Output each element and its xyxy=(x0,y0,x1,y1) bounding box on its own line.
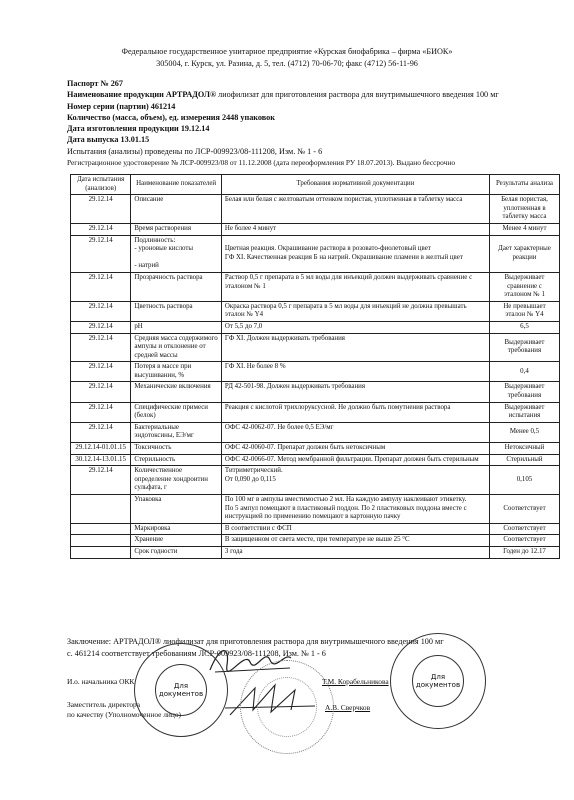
cell-requirement: В защищенном от света месте, при темпера… xyxy=(221,535,489,547)
quality-service-stamp-right: Для документов xyxy=(390,633,486,729)
cell-requirement: В соответствии с ФСП xyxy=(221,523,489,535)
company-address: 305004, г. Курск, ул. Разина, д. 5, тел.… xyxy=(0,58,574,70)
cell-result: Нетоксичный xyxy=(489,443,559,455)
col-header-date: Дата испытания (анализов) xyxy=(71,175,131,195)
table-row: 30.12.14-13.01.15СтерильностьОФС 42-0066… xyxy=(71,454,560,466)
quality-service-stamp-left: Для документов xyxy=(134,643,228,737)
registration-info: Регистрационное удостоверение № ЛСР-0099… xyxy=(67,157,499,168)
cell-indicator: Хранение xyxy=(131,535,222,547)
okk-signature-title: И.о. начальника ОКК xyxy=(67,677,134,687)
cell-indicator: Описание xyxy=(131,195,222,224)
cell-indicator: Время растворения xyxy=(131,223,222,235)
okk-signature-name: Т.М. Корабельникова xyxy=(322,677,389,687)
table-row: 29.12.14Специфические примеси (белок)Реа… xyxy=(71,402,560,422)
cell-result: Соответствует xyxy=(489,535,559,547)
cell-result: Дает характерные реакции xyxy=(489,235,559,272)
cell-date: 29.12.14 xyxy=(71,466,131,495)
cell-result: Менее 0,5 xyxy=(489,422,559,442)
table-row: 29.12.14Количественное определение хондр… xyxy=(71,466,560,495)
document-page: Федеральное государственное унитарное пр… xyxy=(0,0,574,800)
table-row: 29.12.14pHОт 5,5 до 7,06,5 xyxy=(71,321,560,333)
letterhead: Федеральное государственное унитарное пр… xyxy=(0,46,574,70)
cell-result: Менее 4 минут xyxy=(489,223,559,235)
table-row: 29.12.14Механические включенияРД 42-501-… xyxy=(71,382,560,402)
cell-date xyxy=(71,546,131,558)
table-row: ХранениеВ защищенном от света месте, при… xyxy=(71,535,560,547)
cell-date: 29.12.14 xyxy=(71,272,131,301)
cell-result: Не превышает эталон № Y4 xyxy=(489,301,559,321)
cell-requirement: Не более 4 минут xyxy=(221,223,489,235)
release-date: Дата выпуска 13.01.15 xyxy=(67,135,149,144)
cell-indicator: Маркировка xyxy=(131,523,222,535)
cell-date: 29.12.14 xyxy=(71,362,131,382)
cell-requirement: ОФС 42-0062-07. Не более 0,5 ЕЭ/мг xyxy=(221,422,489,442)
product-name: АРТРАДОЛ® xyxy=(166,90,216,99)
passport-meta: Паспорт № 267 Наименование продукции АРТ… xyxy=(67,78,499,168)
product-line: Наименование продукции АРТРАДОЛ® лиофили… xyxy=(67,89,499,100)
cell-indicator: Потеря в массе при высушивании, % xyxy=(131,362,222,382)
cell-date: 29.12.14 xyxy=(71,382,131,402)
cell-indicator: pH xyxy=(131,321,222,333)
table-row: 29.12.14Время растворенияНе более 4 мину… xyxy=(71,223,560,235)
table-row: МаркировкаВ соответствии с ФСПСоответств… xyxy=(71,523,560,535)
cell-date xyxy=(71,535,131,547)
cell-result: 0,105 xyxy=(489,466,559,495)
cell-result: Выдерживает требования xyxy=(489,382,559,402)
cell-result: Соответствует xyxy=(489,495,559,524)
table-row: 29.12.14Цветность раствораОкраска раство… xyxy=(71,301,560,321)
table-row: 29.12.14ОписаниеБелая или белая с желтов… xyxy=(71,195,560,224)
cell-requirement: От 5,5 до 7,0 xyxy=(221,321,489,333)
cell-indicator: Количественное определение хондроитин су… xyxy=(131,466,222,495)
table-header-row: Дата испытания (анализов) Наименование п… xyxy=(71,175,560,195)
table-row: 29.12.14Средняя масса содержимого ампулы… xyxy=(71,333,560,362)
cell-date: 29.12.14 xyxy=(71,301,131,321)
cell-indicator: Специфические примеси (белок) xyxy=(131,402,222,422)
cell-requirement: Цветная реакция. Окрашивание раствора в … xyxy=(221,235,489,272)
cell-requirement: Титриметрический. От 0,090 до 0,115 xyxy=(221,466,489,495)
cell-result: Годен до 12.17 xyxy=(489,546,559,558)
cell-date xyxy=(71,495,131,524)
cell-result: Выдерживает требования xyxy=(489,333,559,362)
table-row: 29.12.14Потеря в массе при высушивании, … xyxy=(71,362,560,382)
cell-requirement: Окраска раствора 0,5 г препарата в 5 мл … xyxy=(221,301,489,321)
cell-requirement: ГФ XI. Не более 8 % xyxy=(221,362,489,382)
cell-requirement: РД 42-501-98. Должен выдерживать требова… xyxy=(221,382,489,402)
cell-date: 29.12.14 xyxy=(71,321,131,333)
cell-indicator: Стерильность xyxy=(131,454,222,466)
cell-result: Выдерживает испытания xyxy=(489,402,559,422)
cell-requirement: Реакция с кислотой трихлоруксусной. Не д… xyxy=(221,402,489,422)
cell-indicator: Прозрачность раствора xyxy=(131,272,222,301)
cell-date: 29.12.14 xyxy=(71,422,131,442)
manufacture-date: Дата изготовления продукции 19.12.14 xyxy=(67,124,209,133)
col-header-results: Результаты анализа xyxy=(489,175,559,195)
cell-indicator: Подлинность: - уроновые кислоты - натрий xyxy=(131,235,222,272)
cell-result: Стерильный xyxy=(489,454,559,466)
company-name: Федеральное государственное унитарное пр… xyxy=(0,46,574,58)
cell-indicator: Механические включения xyxy=(131,382,222,402)
cell-indicator: Токсичность xyxy=(131,443,222,455)
cell-date: 29.12.14 xyxy=(71,195,131,224)
cell-requirement: ГФ XI. Должен выдерживать требования xyxy=(221,333,489,362)
cell-requirement: Белая или белая с желтоватым оттенком по… xyxy=(221,195,489,224)
cell-result: 6,5 xyxy=(489,321,559,333)
col-header-requirements: Требования нормативной документации xyxy=(221,175,489,195)
cell-date: 30.12.14-13.01.15 xyxy=(71,454,131,466)
analysis-table: Дата испытания (анализов) Наименование п… xyxy=(70,174,560,559)
cell-requirement: ОФС 42-0060-07. Препарат должен быть нет… xyxy=(221,443,489,455)
cell-result: 0,4 xyxy=(489,362,559,382)
table-row: 29.12.14Бактериальные эндотоксины, ЕЭ/мг… xyxy=(71,422,560,442)
company-seal-stamp xyxy=(240,660,334,754)
cell-indicator: Бактериальные эндотоксины, ЕЭ/мг xyxy=(131,422,222,442)
cell-date xyxy=(71,523,131,535)
cell-date: 29.12.14 xyxy=(71,402,131,422)
table-row: УпаковкаПо 100 мг в ампулы вместимостью … xyxy=(71,495,560,524)
passport-number: Паспорт № 267 xyxy=(67,79,123,88)
table-row: 29.12.14-01.01.15ТоксичностьОФС 42-0060-… xyxy=(71,443,560,455)
quantity: Количество (масса, объем), ед. измерения… xyxy=(67,113,275,122)
cell-indicator: Цветность раствора xyxy=(131,301,222,321)
cell-indicator: Упаковка xyxy=(131,495,222,524)
col-header-name: Наименование показателей xyxy=(131,175,222,195)
cell-result: Соответствует xyxy=(489,523,559,535)
cell-date: 29.12.14 xyxy=(71,333,131,362)
cell-result: Белая пористая, уплотненная в таблетку м… xyxy=(489,195,559,224)
cell-indicator: Срок годности xyxy=(131,546,222,558)
cell-date: 29.12.14 xyxy=(71,223,131,235)
table-row: 29.12.14Прозрачность раствораРаствор 0,5… xyxy=(71,272,560,301)
cell-requirement: ОФС 42-0066-07. Метод мембранной фильтра… xyxy=(221,454,489,466)
table-row: 29.12.14Подлинность: - уроновые кислоты … xyxy=(71,235,560,272)
tests-reference: Испытания (анализы) проведены по ЛСР-009… xyxy=(67,146,499,157)
cell-requirement: Раствор 0,5 г препарата в 5 мл воды для … xyxy=(221,272,489,301)
cell-date: 29.12.14 xyxy=(71,235,131,272)
cell-requirement: 3 года xyxy=(221,546,489,558)
cell-indicator: Средняя масса содержимого ампулы и откло… xyxy=(131,333,222,362)
table-row: Срок годности3 годаГоден до 12.17 xyxy=(71,546,560,558)
cell-date: 29.12.14-01.01.15 xyxy=(71,443,131,455)
cell-result: Выдерживает сравнение с эталоном № 1 xyxy=(489,272,559,301)
cell-requirement: По 100 мг в ампулы вместимостью 2 мл. На… xyxy=(221,495,489,524)
series-number: Номер серии (партии) 461214 xyxy=(67,102,175,111)
